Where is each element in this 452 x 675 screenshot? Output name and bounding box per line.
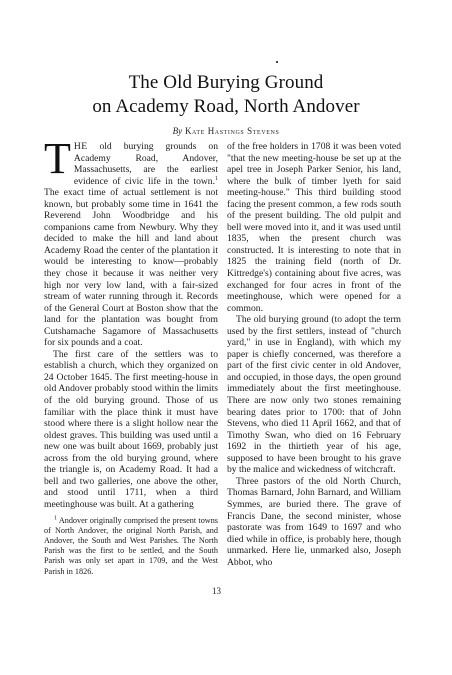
opening-word: HE: [74, 141, 88, 152]
left-column: THE old burying grounds on Academy Road,…: [44, 141, 218, 577]
paragraph: of the free holders in 1708 it was been …: [227, 141, 401, 314]
footnote-reference: 1: [215, 175, 218, 181]
footnote-text: Andover originally comprised the present…: [44, 516, 218, 576]
paragraph: Three pastors of the old North Church, T…: [227, 476, 401, 568]
document-page: The Old Burying Ground on Academy Road, …: [0, 0, 452, 675]
right-column: of the free holders in 1708 it was been …: [227, 141, 401, 568]
article-title-line-1: The Old Burying Ground: [0, 72, 452, 94]
paragraph: The old burying ground (to adopt the ter…: [227, 314, 401, 476]
paragraph-text: The exact time of actual settlement is n…: [44, 187, 218, 348]
author-name: Kate Hastings Stevens: [185, 126, 279, 136]
footnote: 1 Andover originally comprised the prese…: [44, 516, 218, 577]
speck-mark: [276, 61, 278, 63]
drop-cap: T: [44, 142, 71, 177]
article-title-line-2: on Academy Road, North Andover: [0, 96, 452, 118]
paragraph: The first care of the settlers was to es…: [44, 349, 218, 511]
page-number: 13: [212, 586, 221, 596]
byline-prefix: By: [173, 126, 183, 136]
paragraph-text: old burying grounds on Academy Road, And…: [74, 141, 218, 187]
paragraph: THE old burying grounds on Academy Road,…: [44, 141, 218, 349]
